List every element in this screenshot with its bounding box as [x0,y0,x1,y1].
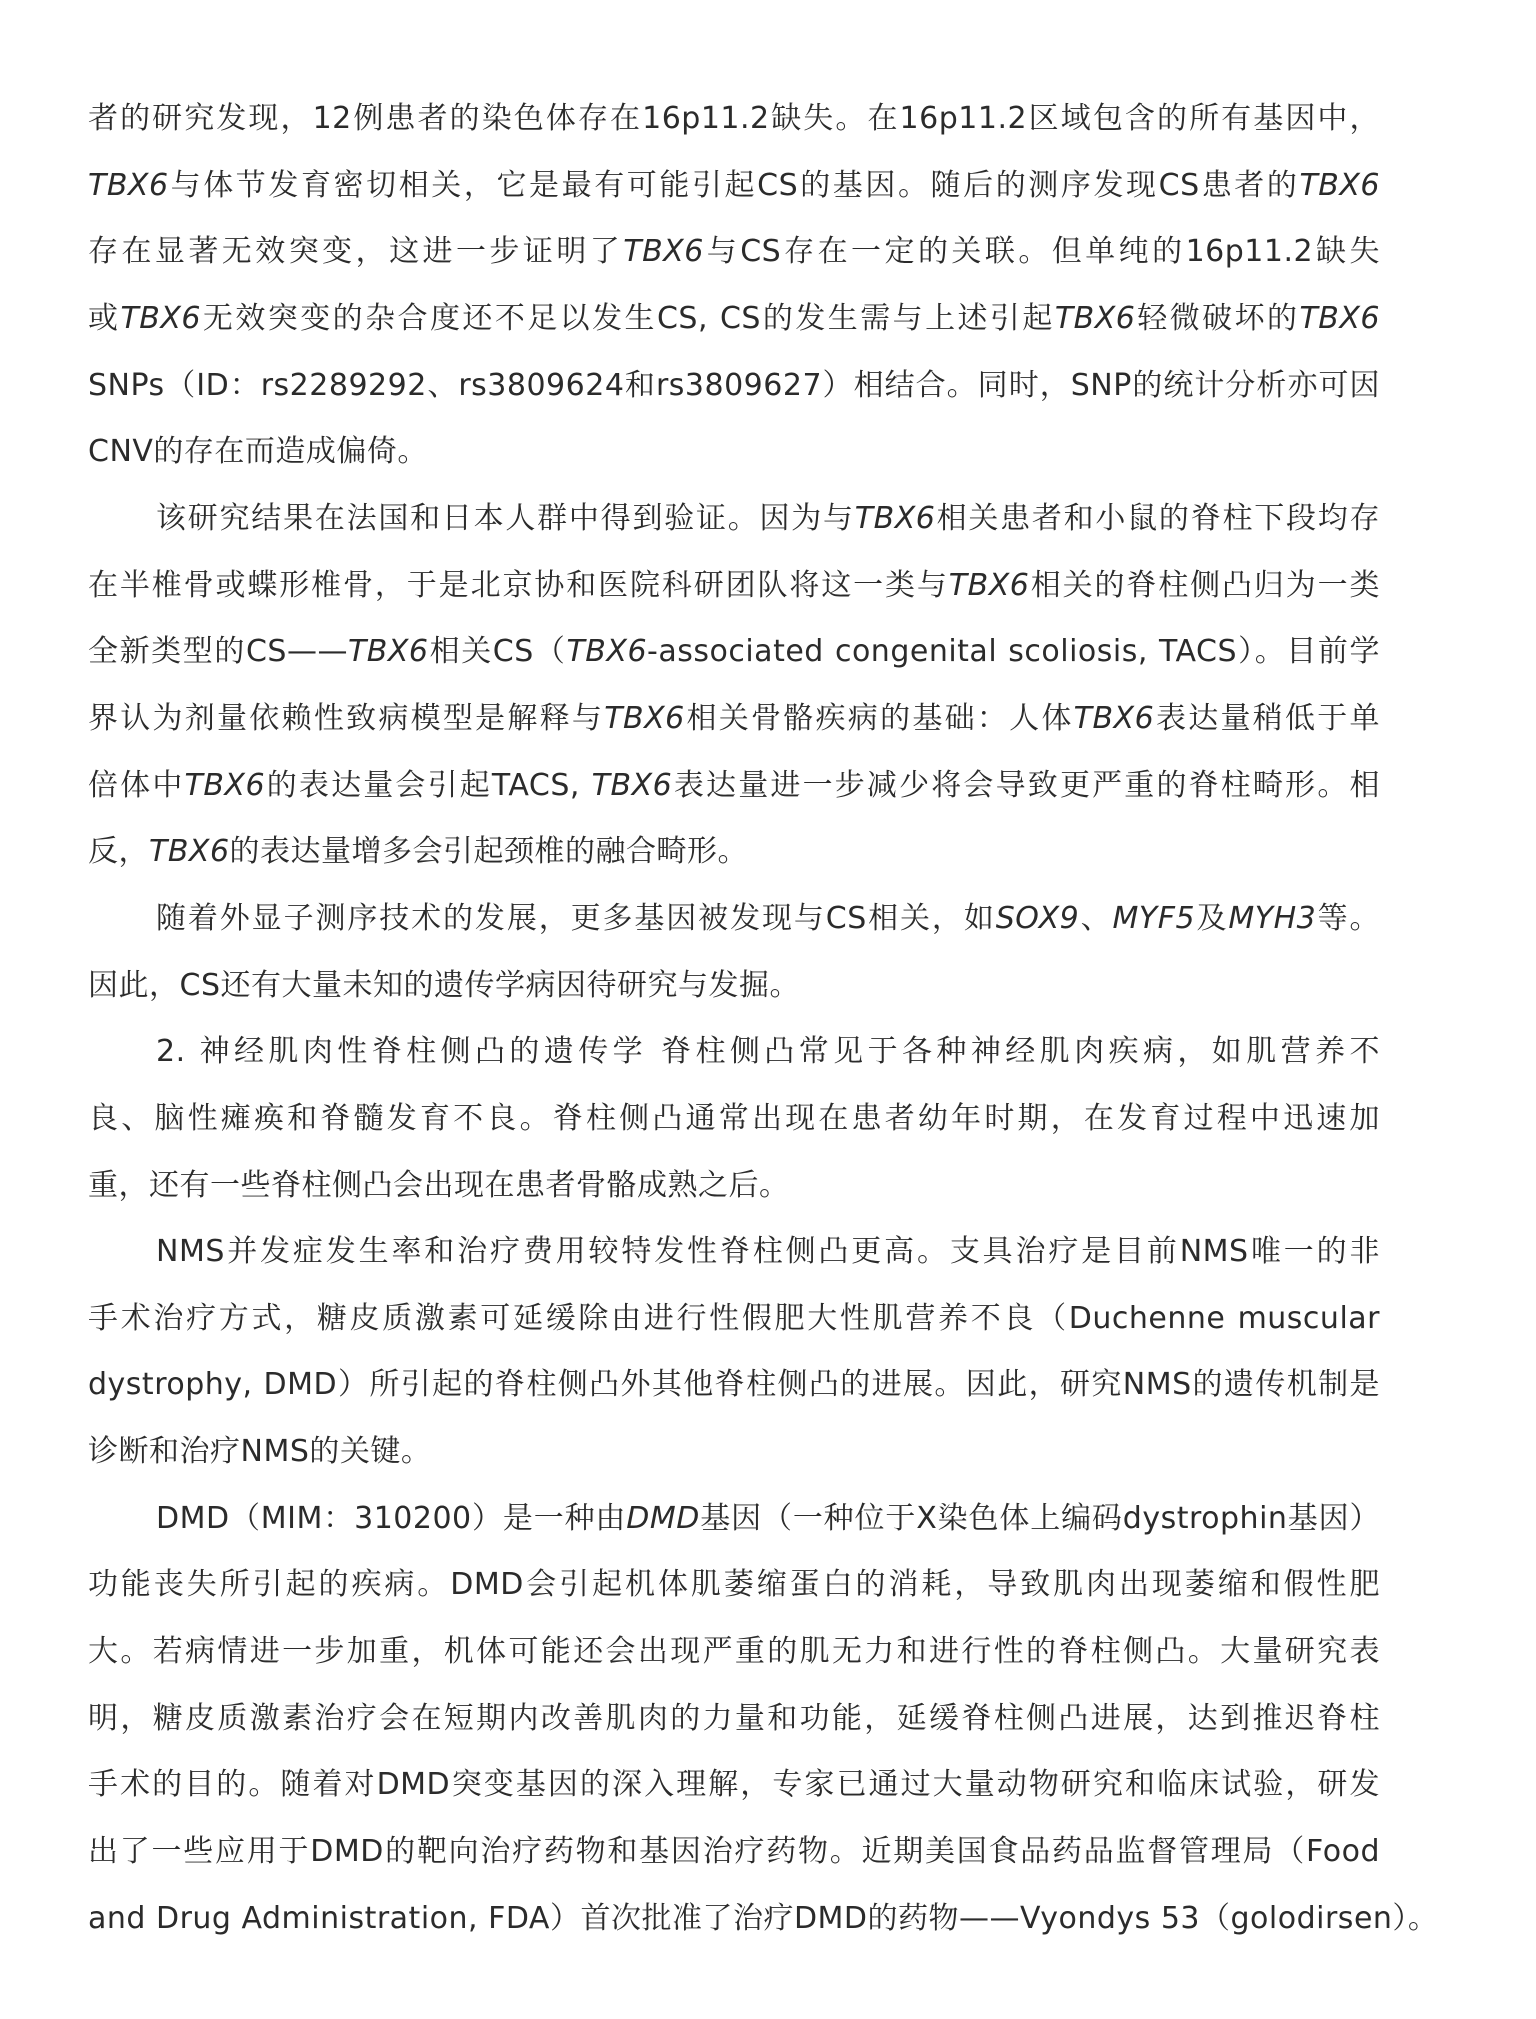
text-line: 重，还有一些脊柱侧凸会出现在患者骨骼成熟之后。 [88,1164,1380,1231]
text-line: 大。若病情进一步加重，机体可能还会出现严重的肌无力和进行性的脊柱侧凸。大量研究表 [88,1630,1380,1697]
text-line: 在半椎骨或蝶形椎骨，于是北京协和医院科研团队将这一类与TBX6相关的脊柱侧凸归为… [88,564,1380,631]
text-segment: 的表达量增多会引起颈椎的融合畸形。 [230,834,749,869]
text-line: DMD（MIM：310200）是一种由DMD基因（一种位于X染色体上编码dyst… [88,1497,1380,1564]
text-segment: 在半椎骨或蝶形椎骨，于是北京协和医院科研团队将这一类与 [88,568,949,603]
gene-name: TBX6 [566,634,647,669]
gene-name: TBX6 [1299,168,1380,203]
text-line: 良、脑性瘫痪和脊髓发育不良。脊柱侧凸通常出现在患者幼年时期，在发育过程中迅速加 [88,1097,1380,1164]
text-line: SNPs（ID：rs2289292、rs3809624和rs3809627）相结… [88,364,1380,431]
text-segment: 反， [88,834,149,869]
text-line: 者的研究发现，12例患者的染色体存在16p11.2缺失。在16p11.2区域包含… [88,97,1380,164]
text-line: 功能丧失所引起的疾病。DMD会引起机体肌萎缩蛋白的消耗，导致肌肉出现萎缩和假性肥 [88,1563,1380,1630]
gene-name: TBX6 [1074,701,1155,736]
text-line: 出了一些应用于DMD的靶向治疗药物和基因治疗药物。近期美国食品药品监督管理局（F… [88,1830,1380,1897]
text-segment: 手术治疗方式，糖皮质激素可延缓除由进行性假肥大性肌营养不良（Duchenne m… [88,1301,1380,1336]
gene-name: TBX6 [120,301,201,336]
gene-name: TBX6 [855,501,936,536]
gene-name: TBX6 [88,168,169,203]
text-segment: NMS并发症发生率和治疗费用较特发性脊柱侧凸更高。支具治疗是目前NMS唯一的非 [156,1234,1380,1269]
gene-name: TBX6 [592,768,673,803]
text-segment: 与CS存在一定的关联。但单纯的16p11.2缺失 [704,234,1380,269]
text-segment: 界认为剂量依赖性致病模型是解释与 [88,701,604,736]
text-segment: 基因（一种位于X染色体上编码dystrophin基因） [700,1501,1380,1536]
text-segment: 、 [1079,901,1112,936]
text-segment: 良、脑性瘫痪和脊髓发育不良。脊柱侧凸通常出现在患者幼年时期，在发育过程中迅速加 [88,1101,1380,1136]
text-line: 因此，CS还有大量未知的遗传学病因待研究与发掘。 [88,964,1380,1031]
gene-name: SOX9 [996,901,1080,936]
text-line: 手术的目的。随着对DMD突变基因的深入理解，专家已通过大量动物研究和临床试验，研… [88,1763,1380,1830]
text-segment: 2. 神经肌肉性脊柱侧凸的遗传学 脊柱侧凸常见于各种神经肌肉疾病，如肌营养不 [156,1034,1380,1069]
text-segment: 无效突变的杂合度还不足以发生CS, CS的发生需与上述引起 [201,301,1055,336]
text-line: 反，TBX6的表达量增多会引起颈椎的融合畸形。 [88,830,1380,897]
text-line: 存在显著无效突变，这进一步证明了TBX6与CS存在一定的关联。但单纯的16p11… [88,230,1380,297]
text-segment: 表达量稍低于单 [1154,701,1380,736]
paragraph: NMS并发症发生率和治疗费用较特发性脊柱侧凸更高。支具治疗是目前NMS唯一的非手… [88,1230,1380,1497]
text-line: NMS并发症发生率和治疗费用较特发性脊柱侧凸更高。支具治疗是目前NMS唯一的非 [88,1230,1380,1297]
text-segment: and Drug Administration, FDA）首次批准了治疗DMD的… [88,1901,1438,1936]
text-line: 诊断和治疗NMS的关键。 [88,1430,1380,1497]
text-segment: 诊断和治疗NMS的关键。 [88,1434,431,1469]
text-segment: CNV的存在而造成偏倚。 [88,434,428,469]
text-segment: 全新类型的CS—— [88,634,348,669]
paragraph: 随着外显子测序技术的发展，更多基因被发现与CS相关，如SOX9、MYF5及MYH… [88,897,1380,1030]
gene-name: DMD [626,1501,700,1536]
text-line: CNV的存在而造成偏倚。 [88,430,1380,497]
text-segment: 轻微破坏的 [1135,301,1299,336]
text-line: 随着外显子测序技术的发展，更多基因被发现与CS相关，如SOX9、MYF5及MYH… [88,897,1380,964]
text-segment: 出了一些应用于DMD的靶向治疗药物和基因治疗药物。近期美国食品药品监督管理局（F… [88,1834,1380,1869]
gene-name: MYH3 [1228,901,1316,936]
text-segment: 者的研究发现，12例患者的染色体存在16p11.2缺失。在16p11.2区域包含… [88,101,1380,136]
gene-name: TBX6 [604,701,685,736]
text-segment: 功能丧失所引起的疾病。DMD会引起机体肌萎缩蛋白的消耗，导致肌肉出现萎缩和假性肥 [88,1567,1380,1602]
gene-name: TBX6 [149,834,230,869]
text-segment: 存在显著无效突变，这进一步证明了 [88,234,623,269]
paragraph: 该研究结果在法国和日本人群中得到验证。因为与TBX6相关患者和小鼠的脊柱下段均存… [88,497,1380,897]
text-line: and Drug Administration, FDA）首次批准了治疗DMD的… [88,1897,1380,1964]
text-line: 该研究结果在法国和日本人群中得到验证。因为与TBX6相关患者和小鼠的脊柱下段均存 [88,497,1380,564]
document-page: 者的研究发现，12例患者的染色体存在16p11.2缺失。在16p11.2区域包含… [88,97,1380,1963]
text-segment: 与体节发育密切相关，它是最有可能引起CS的基因。随后的测序发现CS患者的 [169,168,1300,203]
text-segment: 重，还有一些脊柱侧凸会出现在患者骨骼成熟之后。 [88,1168,790,1203]
gene-name: TBX6 [949,568,1030,603]
text-segment: 相关CS（ [429,634,567,669]
text-segment: 该研究结果在法国和日本人群中得到验证。因为与 [156,501,855,536]
gene-name: TBX6 [1055,301,1136,336]
text-segment: 随着外显子测序技术的发展，更多基因被发现与CS相关，如 [156,901,996,936]
gene-name: MYF5 [1113,901,1196,936]
text-segment: dystrophy, DMD）所引起的脊柱侧凸外其他脊柱侧凸的进展。因此，研究N… [88,1367,1380,1402]
text-line: 全新类型的CS——TBX6相关CS（TBX6-associated congen… [88,630,1380,697]
text-line: 界认为剂量依赖性致病模型是解释与TBX6相关骨骼疾病的基础：人体TBX6表达量稍… [88,697,1380,764]
gene-name: TBX6 [1299,301,1380,336]
text-segment: 大。若病情进一步加重，机体可能还会出现严重的肌无力和进行性的脊柱侧凸。大量研究表 [88,1634,1380,1669]
text-line: 2. 神经肌肉性脊柱侧凸的遗传学 脊柱侧凸常见于各种神经肌肉疾病，如肌营养不 [88,1030,1380,1097]
paragraph: 2. 神经肌肉性脊柱侧凸的遗传学 脊柱侧凸常见于各种神经肌肉疾病，如肌营养不良、… [88,1030,1380,1230]
gene-name: TBX6 [185,768,266,803]
text-segment: 明，糖皮质激素治疗会在短期内改善肌肉的力量和功能，延缓脊柱侧凸进展，达到推迟脊柱 [88,1701,1380,1736]
paragraph: 者的研究发现，12例患者的染色体存在16p11.2缺失。在16p11.2区域包含… [88,97,1380,497]
text-line: 倍体中TBX6的表达量会引起TACS, TBX6表达量进一步减少将会导致更严重的… [88,764,1380,831]
text-segment: 及 [1195,901,1228,936]
text-line: TBX6与体节发育密切相关，它是最有可能引起CS的基因。随后的测序发现CS患者的… [88,164,1380,231]
text-segment: 表达量进一步减少将会导致更严重的脊柱畸形。相 [672,768,1380,803]
text-segment: SNPs（ID：rs2289292、rs3809624和rs3809627）相结… [88,368,1380,403]
text-segment: 或 [88,301,120,336]
text-segment: DMD（MIM：310200）是一种由 [156,1501,626,1536]
text-line: 或TBX6无效突变的杂合度还不足以发生CS, CS的发生需与上述引起TBX6轻微… [88,297,1380,364]
text-segment: 相关患者和小鼠的脊柱下段均存 [935,501,1380,536]
text-segment: 倍体中 [88,768,185,803]
text-segment: 等。 [1316,901,1380,936]
text-line: 明，糖皮质激素治疗会在短期内改善肌肉的力量和功能，延缓脊柱侧凸进展，达到推迟脊柱 [88,1697,1380,1764]
text-line: 手术治疗方式，糖皮质激素可延缓除由进行性假肥大性肌营养不良（Duchenne m… [88,1297,1380,1364]
text-segment: 相关骨骼疾病的基础：人体 [685,701,1074,736]
gene-name: TBX6 [348,634,429,669]
paragraph: DMD（MIM：310200）是一种由DMD基因（一种位于X染色体上编码dyst… [88,1497,1380,1964]
text-segment: 相关的脊柱侧凸归为一类 [1029,568,1380,603]
text-segment: 因此，CS还有大量未知的遗传学病因待研究与发掘。 [88,968,800,1003]
text-segment: 手术的目的。随着对DMD突变基因的深入理解，专家已通过大量动物研究和临床试验，研… [88,1767,1380,1802]
gene-name: TBX6 [623,234,704,269]
text-line: dystrophy, DMD）所引起的脊柱侧凸外其他脊柱侧凸的进展。因此，研究N… [88,1363,1380,1430]
text-segment: 的表达量会引起TACS, [265,768,592,803]
text-segment: -associated congenital scoliosis, TACS）。… [647,634,1380,669]
